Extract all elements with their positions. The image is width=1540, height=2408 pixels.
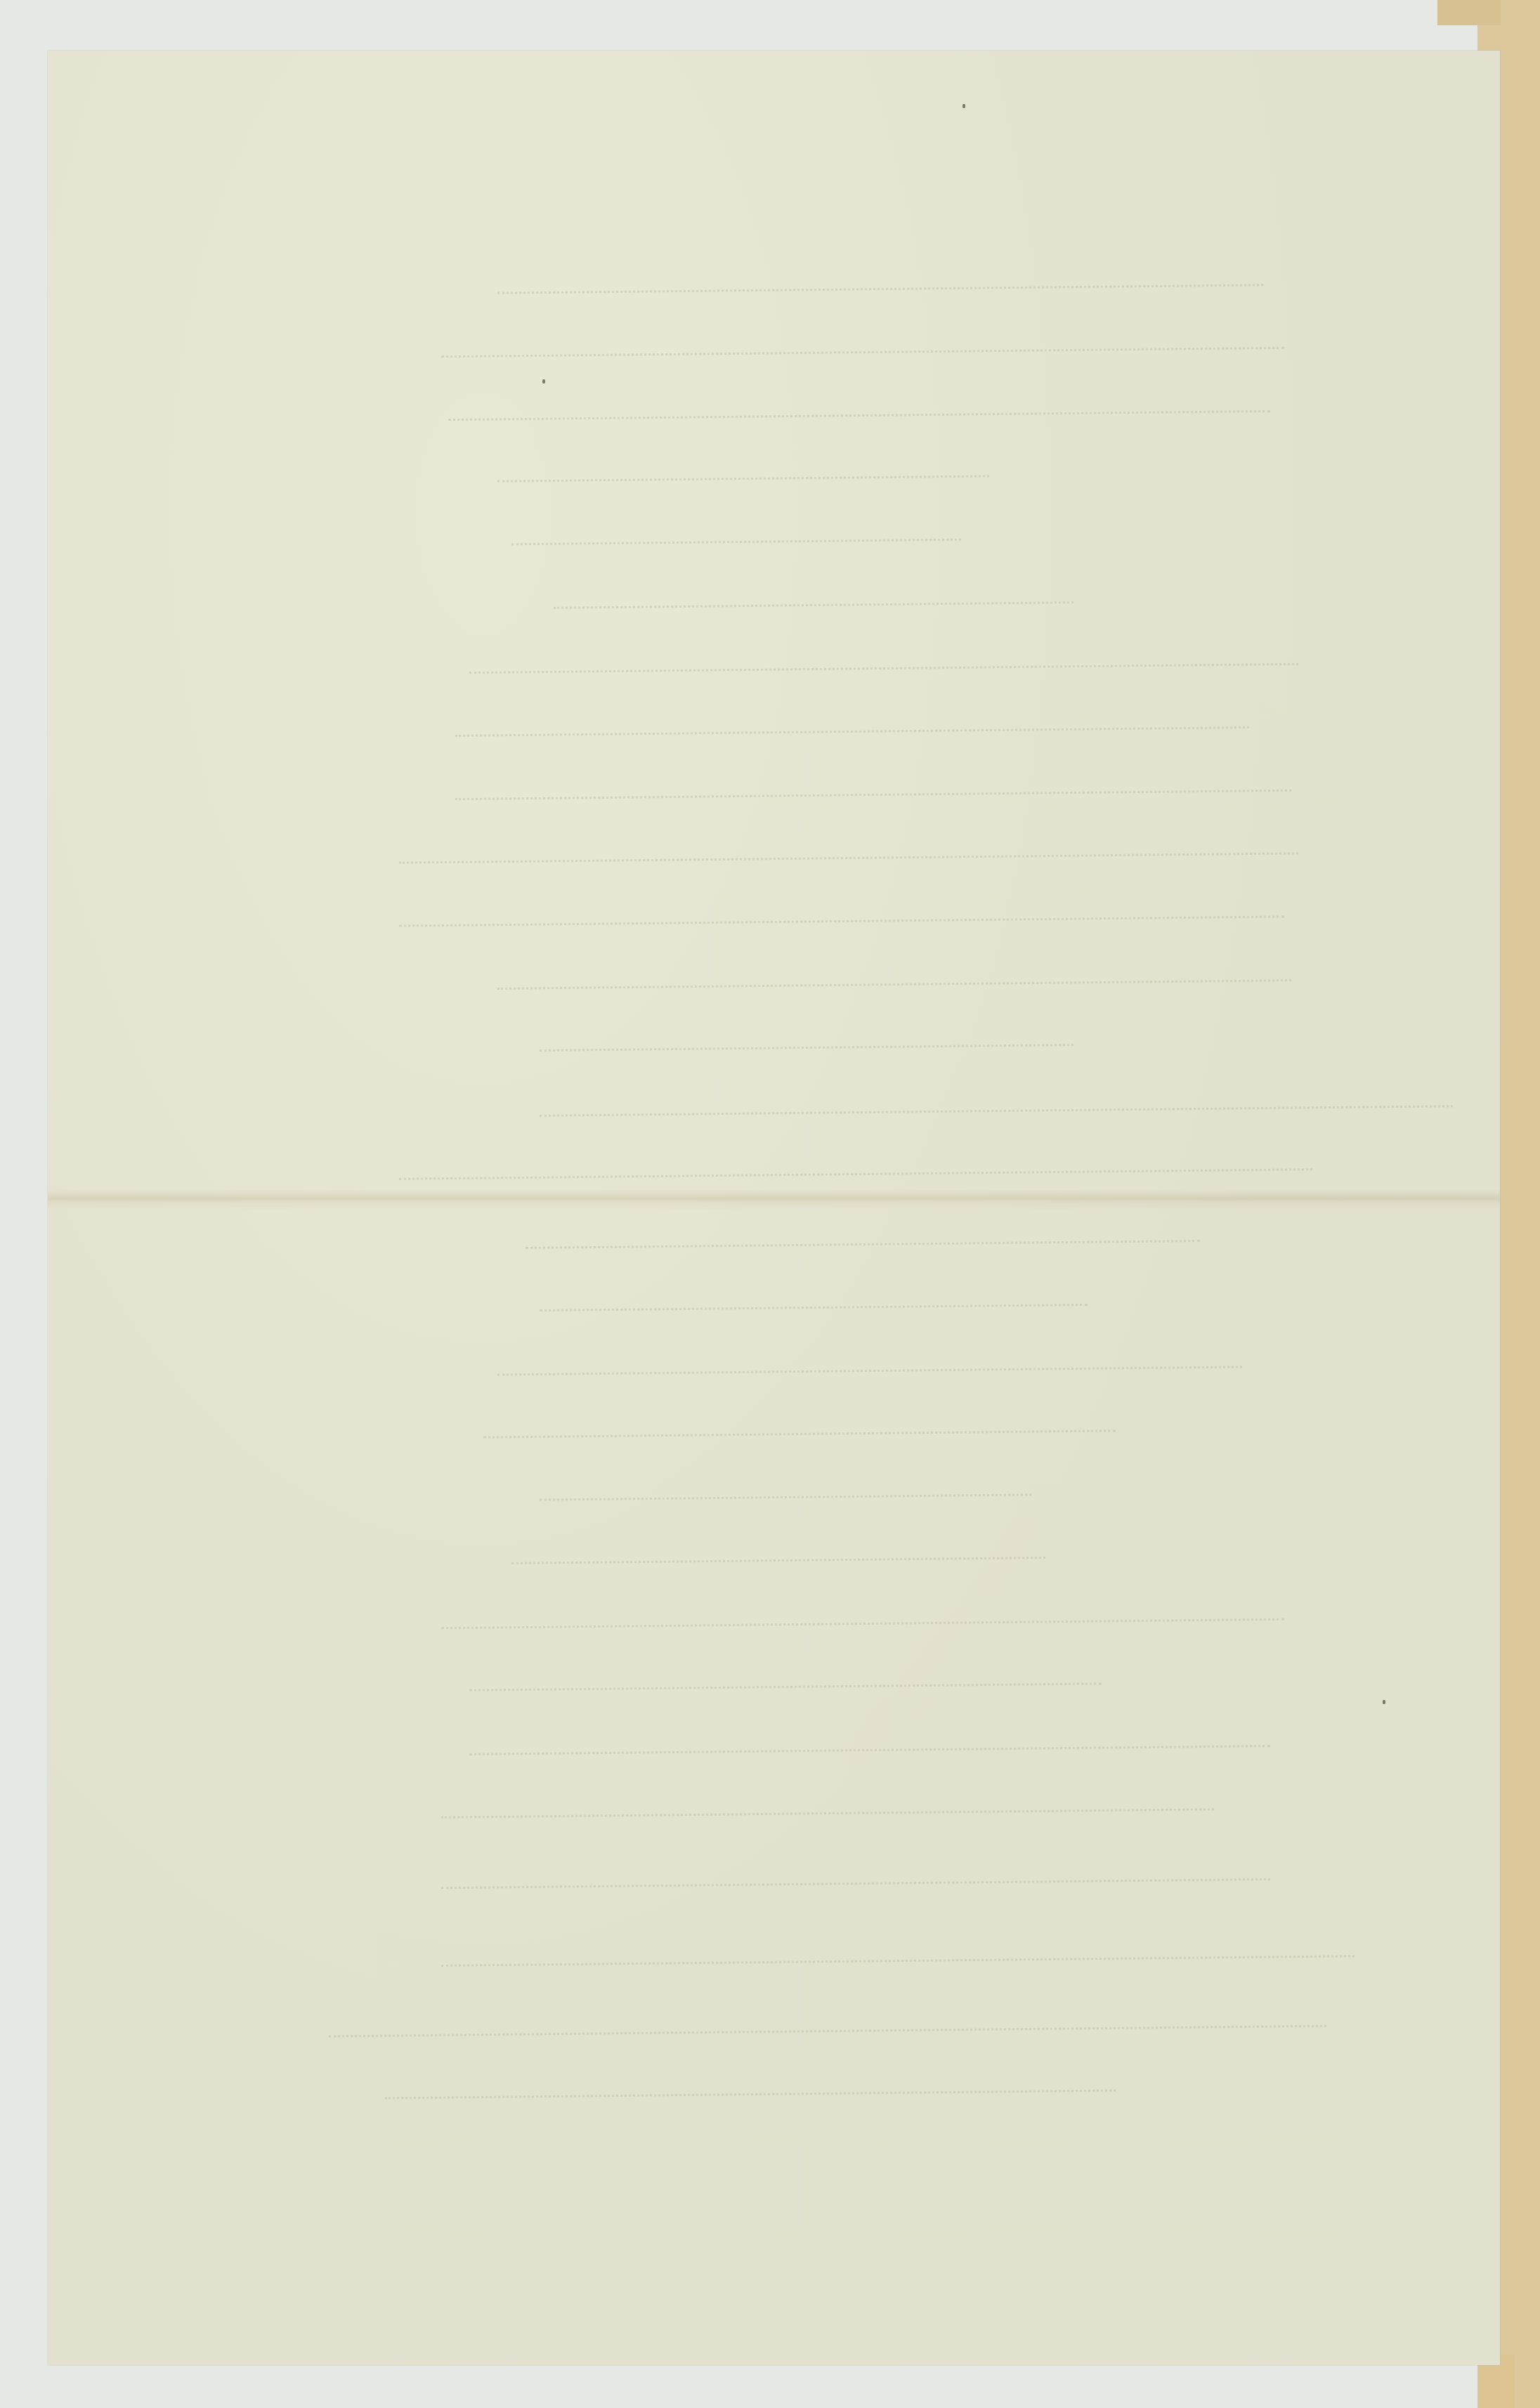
fold-crease: [48, 1190, 1500, 1210]
mounting-tab-top: [1437, 0, 1501, 25]
paper-speck: [1383, 1700, 1385, 1704]
paper-speck: [542, 379, 545, 384]
paper-speck: [962, 104, 965, 108]
letter-sheet: [48, 51, 1500, 2365]
